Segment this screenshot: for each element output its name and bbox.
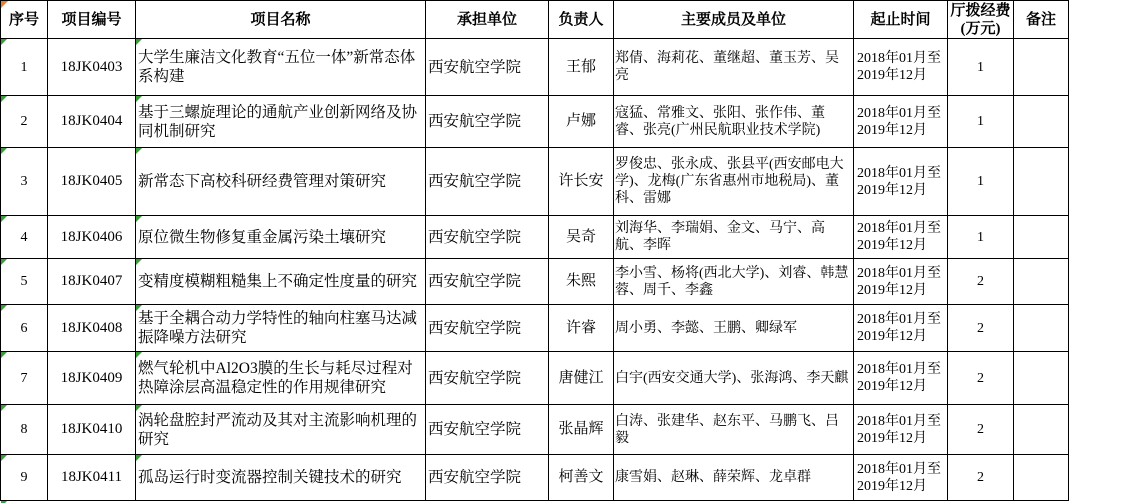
table-row: 418JK0406原位微生物修复重金属污染土壤研究西安航空学院吴奇刘海华、李瑞娟…: [1, 216, 1069, 259]
cell-text: 康雪娟、赵琳、薛荣辉、龙卓群: [615, 470, 811, 485]
cell-text: 5: [21, 274, 28, 289]
cell-leader[interactable]: 吴奇: [549, 216, 614, 259]
cell-text: 18JK0408: [61, 320, 123, 336]
green-corner-indicator-icon: [1, 216, 7, 222]
cell-members[interactable]: 罗俊忠、张永成、张县平(西安邮电大学)、龙梅(广东省惠州市地税局)、董科、雷娜: [614, 148, 854, 216]
cell-no[interactable]: 9: [1, 455, 48, 501]
cell-note[interactable]: [1014, 148, 1069, 216]
green-corner-indicator-icon: [1, 39, 7, 45]
green-corner-indicator-icon: [136, 96, 142, 102]
cell-text: 7: [21, 371, 28, 386]
green-corner-indicator-icon: [1, 259, 7, 265]
cell-text: 基于三螺旋理论的通航产业创新网络及协同机制研究: [138, 104, 417, 140]
cell-text: 西安航空学院: [428, 229, 521, 246]
cell-text: 2: [21, 114, 28, 129]
cell-text: 8: [21, 422, 28, 437]
cell-text: 唐健江: [558, 370, 603, 386]
cell-note[interactable]: [1014, 96, 1069, 148]
cell-text: 2018年01月至 2019年12月: [857, 166, 941, 198]
cell-text: 涡轮盘腔封严流动及其对主流影响机理的研究: [138, 412, 417, 448]
header-label: 厅拨经费 (万元): [950, 3, 1010, 37]
cell-text: 朱熙: [566, 273, 596, 289]
cell-text: 1: [977, 114, 984, 129]
cell-members[interactable]: 郑倩、海莉花、董继超、董玉芳、吴亮: [614, 39, 854, 96]
green-corner-indicator-icon: [136, 352, 142, 358]
header-cell-code[interactable]: 项目编号: [48, 1, 136, 39]
cell-leader[interactable]: 唐健江: [549, 352, 614, 405]
cell-no[interactable]: 6: [1, 305, 48, 352]
cell-leader[interactable]: 张晶辉: [549, 405, 614, 455]
cell-period[interactable]: 2018年01月至 2019年12月: [854, 352, 948, 405]
cell-members[interactable]: 白涛、张建华、赵东平、马鹏飞、吕毅: [614, 405, 854, 455]
green-corner-indicator-icon: [1, 455, 7, 461]
cell-text: 2018年01月至 2019年12月: [857, 362, 941, 394]
cell-no[interactable]: 2: [1, 96, 48, 148]
cell-period[interactable]: 2018年01月至 2019年12月: [854, 305, 948, 352]
cell-text: 吴奇: [566, 229, 596, 245]
cell-fund[interactable]: 2: [948, 405, 1014, 455]
cell-text: 西安航空学院: [428, 173, 521, 190]
header-label: 承担单位: [457, 12, 517, 28]
cell-no[interactable]: 3: [1, 148, 48, 216]
header-cell-unit[interactable]: 承担单位: [426, 1, 549, 39]
header-label: 备注: [1026, 12, 1056, 28]
cell-name[interactable]: 燃气轮机中Al2O3膜的生长与耗尽过程对热障涂层高温稳定性的作用规律研究: [136, 352, 426, 405]
cell-leader[interactable]: 卢娜: [549, 96, 614, 148]
cell-members[interactable]: 康雪娟、赵琳、薛荣辉、龙卓群: [614, 455, 854, 501]
cell-text: 大学生廉洁文化教育“五位一体”新常态体系构建: [138, 49, 415, 85]
cell-no[interactable]: 5: [1, 259, 48, 305]
green-corner-indicator-icon: [136, 39, 142, 45]
green-corner-indicator-icon: [136, 259, 142, 265]
cell-text: 新常态下高校科研经费管理对策研究: [138, 173, 386, 190]
cell-unit[interactable]: 西安航空学院: [426, 96, 549, 148]
table-row: 318JK0405新常态下高校科研经费管理对策研究西安航空学院许长安罗俊忠、张永…: [1, 148, 1069, 216]
cell-members[interactable]: 周小勇、李懿、王鹏、卿绿军: [614, 305, 854, 352]
cell-text: 基于全耦合动力学特性的轴向柱塞马达减振降噪方法研究: [138, 310, 417, 346]
header-cell-members[interactable]: 主要成员及单位: [614, 1, 854, 39]
cell-period[interactable]: 2018年01月至 2019年12月: [854, 405, 948, 455]
cell-unit[interactable]: 西安航空学院: [426, 305, 549, 352]
cell-text: 西安航空学院: [428, 370, 521, 387]
cell-code[interactable]: 18JK0409: [48, 352, 136, 405]
green-corner-indicator-icon: [136, 305, 142, 311]
cell-text: 2018年01月至 2019年12月: [857, 414, 941, 446]
cell-code[interactable]: 18JK0405: [48, 148, 136, 216]
cell-text: 2: [977, 422, 984, 437]
cell-fund[interactable]: 2: [948, 259, 1014, 305]
cell-code[interactable]: 18JK0410: [48, 405, 136, 455]
header-label: 主要成员及单位: [681, 12, 786, 28]
cell-text: 18JK0411: [61, 469, 122, 485]
cell-text: 许长安: [558, 173, 603, 189]
cell-name[interactable]: 变精度模糊粗糙集上不确定性度量的研究: [136, 259, 426, 305]
green-corner-indicator-icon: [1, 405, 7, 411]
cell-note[interactable]: [1014, 405, 1069, 455]
header-cell-name[interactable]: 项目名称: [136, 1, 426, 39]
cell-period[interactable]: 2018年01月至 2019年12月: [854, 39, 948, 96]
cell-unit[interactable]: 西安航空学院: [426, 405, 549, 455]
cell-fund[interactable]: 1: [948, 216, 1014, 259]
header-cell-no[interactable]: 序号: [1, 1, 48, 39]
cell-note[interactable]: [1014, 216, 1069, 259]
cell-text: 2018年01月至 2019年12月: [857, 462, 941, 494]
cell-members[interactable]: 白宇(西安交通大学)、张海鸿、李天麒: [614, 352, 854, 405]
green-corner-indicator-icon: [136, 405, 142, 411]
header-cell-period[interactable]: 起止时间: [854, 1, 948, 39]
cell-text: 2018年01月至 2019年12月: [857, 266, 941, 298]
green-corner-indicator-icon: [136, 216, 142, 222]
cell-note[interactable]: [1014, 305, 1069, 352]
cell-name[interactable]: 新常态下高校科研经费管理对策研究: [136, 148, 426, 216]
cell-leader[interactable]: 许睿: [549, 305, 614, 352]
cell-fund[interactable]: 1: [948, 148, 1014, 216]
cell-text: 柯善文: [558, 469, 603, 485]
cell-text: 李小雪、杨将(西北大学)、刘睿、韩慧蓉、周千、李鑫: [615, 266, 848, 298]
cell-text: 郑倩、海莉花、董继超、董玉芳、吴亮: [615, 51, 839, 83]
projects-table: 序号 项目编号 项目名称 承担单位 负责人 主要成员及单位 起止时间 厅拨经费 …: [0, 0, 1069, 501]
cell-unit[interactable]: 西安航空学院: [426, 148, 549, 216]
cell-text: 3: [21, 174, 28, 189]
cell-text: 罗俊忠、张永成、张县平(西安邮电大学)、龙梅(广东省惠州市地税局)、董科、雷娜: [615, 157, 844, 206]
table-row: 518JK0407变精度模糊粗糙集上不确定性度量的研究西安航空学院朱熙李小雪、杨…: [1, 259, 1069, 305]
cell-text: 王郁: [566, 59, 596, 75]
cell-text: 2018年01月至 2019年12月: [857, 51, 941, 83]
cell-fund[interactable]: 2: [948, 305, 1014, 352]
green-corner-indicator-icon: [1, 305, 7, 311]
cell-period[interactable]: 2018年01月至 2019年12月: [854, 455, 948, 501]
table-body: 118JK0403大学生廉洁文化教育“五位一体”新常态体系构建西安航空学院王郁郑…: [1, 39, 1069, 501]
cell-text: 周小勇、李懿、王鹏、卿绿军: [615, 321, 797, 336]
green-corner-indicator-icon: [136, 455, 142, 461]
cell-no[interactable]: 8: [1, 405, 48, 455]
cell-text: 2: [977, 371, 984, 386]
orange-corner-indicator-icon: [1, 1, 8, 8]
cell-text: 2018年01月至 2019年12月: [857, 221, 941, 253]
cell-text: 18JK0404: [61, 113, 123, 129]
cell-text: 西安航空学院: [428, 469, 521, 486]
cell-text: 孤岛运行时变流器控制关键技术的研究: [138, 469, 402, 486]
cell-text: 18JK0407: [61, 273, 123, 289]
cell-period[interactable]: 2018年01月至 2019年12月: [854, 96, 948, 148]
cell-fund[interactable]: 2: [948, 455, 1014, 501]
table-row: 218JK0404基于三螺旋理论的通航产业创新网络及协同机制研究西安航空学院卢娜…: [1, 96, 1069, 148]
green-corner-indicator-icon: [1, 352, 7, 358]
cell-text: 4: [21, 230, 28, 245]
cell-members[interactable]: 刘海华、李瑞娟、金文、马宁、高航、李晖: [614, 216, 854, 259]
table-row: 118JK0403大学生廉洁文化教育“五位一体”新常态体系构建西安航空学院王郁郑…: [1, 39, 1069, 96]
cell-text: 2018年01月至 2019年12月: [857, 312, 941, 344]
cell-no[interactable]: 7: [1, 352, 48, 405]
cell-period[interactable]: 2018年01月至 2019年12月: [854, 216, 948, 259]
cell-fund[interactable]: 2: [948, 352, 1014, 405]
cell-text: 9: [21, 470, 28, 485]
cell-leader[interactable]: 王郁: [549, 39, 614, 96]
cell-fund[interactable]: 1: [948, 96, 1014, 148]
cell-leader[interactable]: 朱熙: [549, 259, 614, 305]
cell-text: 许睿: [566, 320, 596, 336]
cell-text: 18JK0409: [61, 370, 123, 386]
cell-code[interactable]: 18JK0403: [48, 39, 136, 96]
cell-text: 2: [977, 274, 984, 289]
cell-leader[interactable]: 许长安: [549, 148, 614, 216]
cell-text: 刘海华、李瑞娟、金文、马宁、高航、李晖: [615, 221, 825, 253]
cell-name[interactable]: 涡轮盘腔封严流动及其对主流影响机理的研究: [136, 405, 426, 455]
header-label: 项目编号: [61, 12, 121, 28]
cell-code[interactable]: 18JK0407: [48, 259, 136, 305]
cell-fund[interactable]: 1: [948, 39, 1014, 96]
table-row: 818JK0410涡轮盘腔封严流动及其对主流影响机理的研究西安航空学院张晶辉白涛…: [1, 405, 1069, 455]
table-row: 618JK0408基于全耦合动力学特性的轴向柱塞马达减振降噪方法研究西安航空学院…: [1, 305, 1069, 352]
cell-name[interactable]: 基于三螺旋理论的通航产业创新网络及协同机制研究: [136, 96, 426, 148]
cell-name[interactable]: 大学生廉洁文化教育“五位一体”新常态体系构建: [136, 39, 426, 96]
cell-text: 1: [977, 230, 984, 245]
green-corner-indicator-icon: [1, 148, 7, 154]
cell-code[interactable]: 18JK0404: [48, 96, 136, 148]
cell-text: 原位微生物修复重金属污染土壤研究: [138, 229, 386, 246]
cell-text: 18JK0405: [61, 173, 123, 189]
cell-unit[interactable]: 西安航空学院: [426, 352, 549, 405]
header-label: 序号: [9, 12, 39, 28]
cell-code[interactable]: 18JK0406: [48, 216, 136, 259]
cell-note[interactable]: [1014, 39, 1069, 96]
cell-text: 6: [21, 321, 28, 336]
cell-unit[interactable]: 西安航空学院: [426, 216, 549, 259]
cell-code[interactable]: 18JK0411: [48, 455, 136, 501]
header-cell-leader[interactable]: 负责人: [549, 1, 614, 39]
cell-text: 燃气轮机中Al2O3膜的生长与耗尽过程对热障涂层高温稳定性的作用规律研究: [138, 360, 413, 396]
cell-text: 2: [977, 321, 984, 336]
cell-leader[interactable]: 柯善文: [549, 455, 614, 501]
cell-name[interactable]: 基于全耦合动力学特性的轴向柱塞马达减振降噪方法研究: [136, 305, 426, 352]
cell-text: 18JK0406: [61, 229, 123, 245]
cell-unit[interactable]: 西安航空学院: [426, 259, 549, 305]
green-corner-indicator-icon: [1, 96, 7, 102]
cell-text: 变精度模糊粗糙集上不确定性度量的研究: [138, 273, 417, 290]
cell-text: 2018年01月至 2019年12月: [857, 106, 941, 138]
cell-period[interactable]: 2018年01月至 2019年12月: [854, 259, 948, 305]
cell-text: 张晶辉: [558, 421, 603, 437]
cell-text: 1: [977, 174, 984, 189]
cell-text: 1: [21, 60, 28, 75]
cell-text: 西安航空学院: [428, 273, 521, 290]
cell-text: 西安航空学院: [428, 59, 521, 76]
cell-text: 卢娜: [566, 113, 596, 129]
cell-text: 西安航空学院: [428, 113, 521, 130]
cell-note[interactable]: [1014, 455, 1069, 501]
cell-no[interactable]: 1: [1, 39, 48, 96]
cell-text: 18JK0403: [61, 59, 123, 75]
header-cell-fund[interactable]: 厅拨经费 (万元): [948, 1, 1014, 39]
cell-text: 西安航空学院: [428, 421, 521, 438]
table-row: 918JK0411孤岛运行时变流器控制关键技术的研究西安航空学院柯善文康雪娟、赵…: [1, 455, 1069, 501]
green-corner-indicator-icon: [136, 148, 142, 154]
cell-text: 18JK0410: [61, 421, 123, 437]
cell-unit[interactable]: 西安航空学院: [426, 39, 549, 96]
cell-note[interactable]: [1014, 259, 1069, 305]
cell-unit[interactable]: 西安航空学院: [426, 455, 549, 501]
header-label: 负责人: [558, 12, 603, 28]
cell-name[interactable]: 原位微生物修复重金属污染土壤研究: [136, 216, 426, 259]
cell-code[interactable]: 18JK0408: [48, 305, 136, 352]
table-row: 718JK0409燃气轮机中Al2O3膜的生长与耗尽过程对热障涂层高温稳定性的作…: [1, 352, 1069, 405]
cell-text: 2: [977, 470, 984, 485]
cell-members[interactable]: 寇猛、常雅文、张阳、张作伟、董睿、张亮(广州民航职业技术学院): [614, 96, 854, 148]
cell-no[interactable]: 4: [1, 216, 48, 259]
cell-note[interactable]: [1014, 352, 1069, 405]
header-row: 序号 项目编号 项目名称 承担单位 负责人 主要成员及单位 起止时间 厅拨经费 …: [1, 1, 1069, 39]
cell-name[interactable]: 孤岛运行时变流器控制关键技术的研究: [136, 455, 426, 501]
header-cell-note[interactable]: 备注: [1014, 1, 1069, 39]
cell-text: 白宇(西安交通大学)、张海鸿、李天麒: [615, 371, 848, 386]
header-label: 起止时间: [870, 12, 930, 28]
cell-text: 西安航空学院: [428, 320, 521, 337]
cell-members[interactable]: 李小雪、杨将(西北大学)、刘睿、韩慧蓉、周千、李鑫: [614, 259, 854, 305]
cell-text: 白涛、张建华、赵东平、马鹏飞、吕毅: [615, 414, 839, 446]
cell-text: 1: [977, 60, 984, 75]
header-label: 项目名称: [250, 12, 310, 28]
cell-period[interactable]: 2018年01月至 2019年12月: [854, 148, 948, 216]
cell-text: 寇猛、常雅文、张阳、张作伟、董睿、张亮(广州民航职业技术学院): [615, 106, 825, 138]
